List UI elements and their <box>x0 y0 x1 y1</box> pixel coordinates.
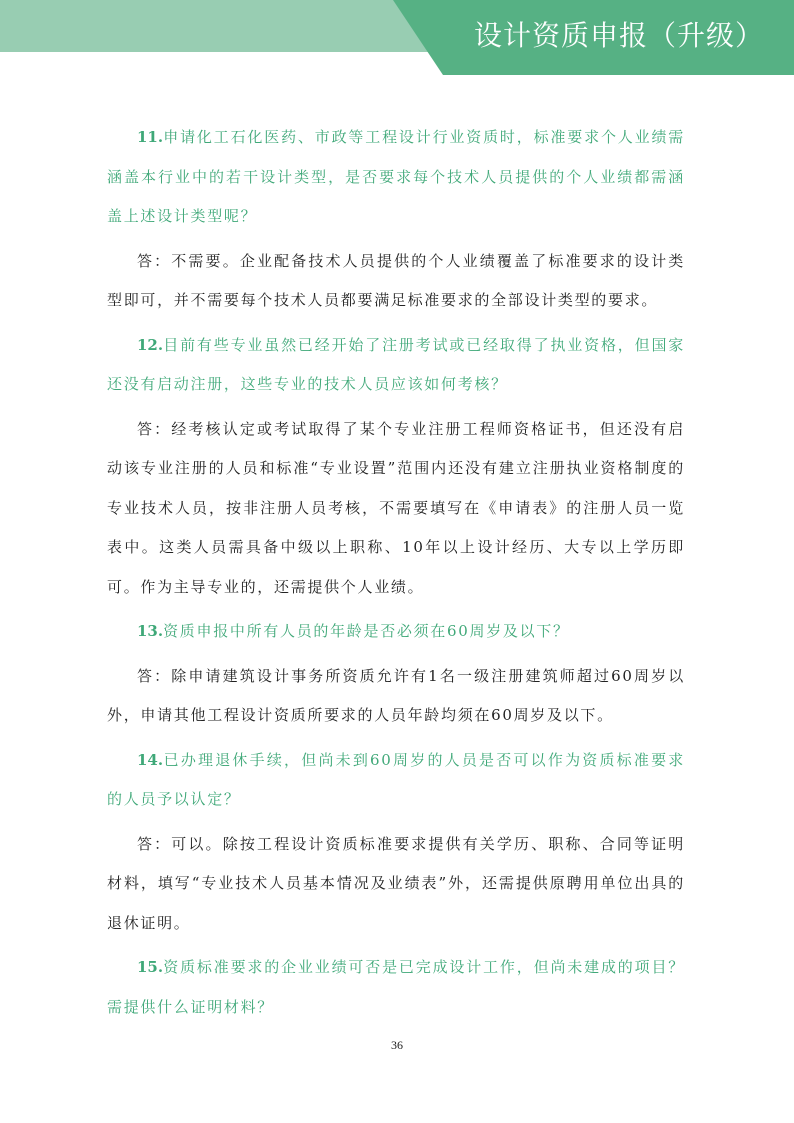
question-12: 12.目前有些专业虽然已经开始了注册考试或已经取得了执业资格，但国家还没有启动注… <box>107 326 685 405</box>
question-text: 已办理退休手续，但尚未到60周岁的人员是否可以作为资质标准要求的人员予以认定？ <box>107 751 685 809</box>
question-15: 15.资质标准要求的企业业绩可否是已完成设计工作，但尚未建成的项目？需提供什么证… <box>107 948 685 1027</box>
question-text: 目前有些专业虽然已经开始了注册考试或已经取得了执业资格，但国家还没有启动注册，这… <box>107 336 685 394</box>
question-14: 14.已办理退休手续，但尚未到60周岁的人员是否可以作为资质标准要求的人员予以认… <box>107 741 685 820</box>
question-text: 资质标准要求的企业业绩可否是已完成设计工作，但尚未建成的项目？需提供什么证明材料… <box>107 958 685 1016</box>
answer-13: 答：除申请建筑设计事务所资质允许有1名一级注册建筑师超过60周岁以外，申请其他工… <box>107 657 685 736</box>
question-11: 11.申请化工石化医药、市政等工程设计行业资质时，标准要求个人业绩需涵盖本行业中… <box>107 118 685 237</box>
answer-11: 答：不需要。企业配备技术人员提供的个人业绩覆盖了标准要求的设计类型即可，并不需要… <box>107 242 685 321</box>
question-text: 申请化工石化医药、市政等工程设计行业资质时，标准要求个人业绩需涵盖本行业中的若干… <box>107 128 685 225</box>
answer-12: 答：经考核认定或考试取得了某个专业注册工程师资格证书，但还没有启动该专业注册的人… <box>107 410 685 608</box>
question-number: 13. <box>137 622 163 640</box>
question-text: 资质申报中所有人员的年龄是否必须在60周岁及以下？ <box>163 622 570 640</box>
question-13: 13.资质申报中所有人员的年龄是否必须在60周岁及以下？ <box>107 612 685 652</box>
answer-14: 答：可以。除按工程设计资质标准要求提供有关学历、职称、合同等证明材料，填写“专业… <box>107 825 685 944</box>
document-title: 设计资质申报（升级） <box>474 19 764 53</box>
question-number: 12. <box>137 336 163 354</box>
question-number: 15. <box>137 958 163 976</box>
question-number: 11. <box>137 128 163 146</box>
qa-content: 11.申请化工石化医药、市政等工程设计行业资质时，标准要求个人业绩需涵盖本行业中… <box>107 118 685 1032</box>
page-number: 36 <box>0 1038 794 1053</box>
question-number: 14. <box>137 751 163 769</box>
